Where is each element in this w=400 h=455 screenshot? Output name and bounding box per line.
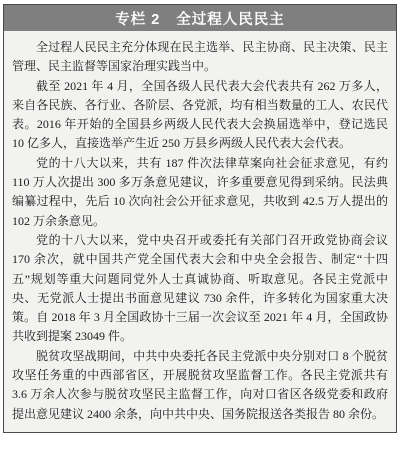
- paragraph-peoples-congress-stats: 截至 2021 年 4 月，全国各级人民代表大会代表共有 262 万多人，来自各…: [12, 77, 388, 154]
- paragraph-party-consultation: 党的十八大以来，党中央召开或委托有关部门召开政党协商会议 170 余次，就中国共…: [12, 231, 388, 347]
- paragraph-poverty-alleviation-supervision: 脱贫攻坚战期间，中共中央委托各民主党派中央分别对口 8 个脱贫攻坚任务重的中西部…: [12, 347, 388, 424]
- column-body: 全过程人民民主充分体现在民主选举、民主协商、民主决策、民主管理、民主监督等国家治…: [4, 31, 396, 432]
- paragraph-law-draft-comments: 党的十八大以来，共有 187 件次法律草案向社会征求意见，有约 110 万人次提…: [12, 154, 388, 231]
- column-box: 专栏 2 全过程人民民主 全过程人民民主充分体现在民主选举、民主协商、民主决策、…: [3, 4, 397, 433]
- column-title: 全过程人民民主: [176, 8, 285, 29]
- column-label: 专栏 2: [115, 8, 160, 29]
- paragraph-democracy-overview: 全过程人民民主充分体现在民主选举、民主协商、民主决策、民主管理、民主监督等国家治…: [12, 38, 388, 77]
- column-header-banner: 专栏 2 全过程人民民主: [4, 5, 396, 31]
